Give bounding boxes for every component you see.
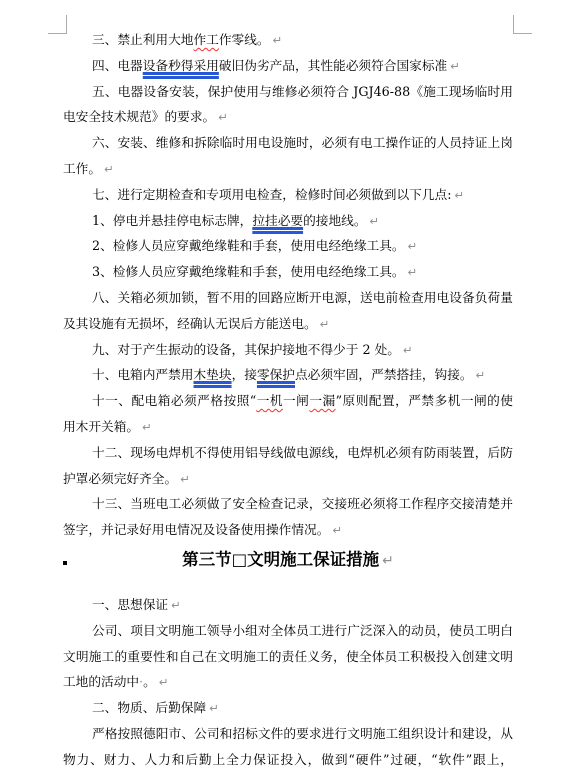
text-run: 二、物质、后勤保障 <box>92 700 206 715</box>
text-run: 电安全技术规范》的要求。 <box>63 109 215 124</box>
paragraph-line: 七、进行定期检查和专项用电检查，检修时间必须做到以下几点:↵ <box>63 182 513 208</box>
paragraph-line: 物力、财力、人力和后勤上全力保证投入，做到“硬件”过硬，“软件”跟上， <box>63 747 513 773</box>
paragraph-mark-icon: ↵ <box>218 110 228 124</box>
paragraph-mark-icon: ↵ <box>408 239 418 253</box>
paragraph-mark-icon: ↵ <box>403 343 413 357</box>
paragraph-line: 签字，并记录好用电情况及设备使用操作情况。↵ <box>63 517 513 543</box>
text-run: 十三、当班电工必须做了安全检查记录，交接班必须将工作程序交接清楚并 <box>92 496 513 511</box>
text-run: 十二、现场电焊机不得使用铝导线做电源线，电焊机必须有防雨装置，后防 <box>92 445 513 460</box>
text-run: 严格按照德阳市、公司和招标文件的要求进行文明施工组织设计和建设，从 <box>92 726 513 741</box>
text-run: 公司、项目文明施工领导小组对全体员工进行广泛深入的动员，使员工明白 <box>92 623 513 638</box>
text-run: 签字，并记录好用电情况及设备使用操作情况。 <box>63 522 329 537</box>
paragraph-line: 3、检修人员应穿戴绝缘鞋和手套，使用电经绝缘工具。↵ <box>63 259 513 285</box>
paragraph-line: 2、检修人员应穿戴绝缘鞋和手套，使用电经绝缘工具。↵ <box>63 233 513 259</box>
paragraph-line: 三、禁止利用大地作工作零线。↵ <box>63 27 513 53</box>
text-run: 作零线。 <box>219 32 270 47</box>
text-run: 破旧伪劣产品，其性能必须符合国家标准 <box>219 58 447 73</box>
section-heading-text: 第三节□文明施工保证措施 <box>182 550 379 569</box>
paragraph-mark-icon: ↵ <box>320 317 330 331</box>
text-run: 3、检修人员应穿戴绝缘鞋和手套，使用电经绝缘工具。 <box>92 264 405 279</box>
text-run: 及其设施有无损坏，经确认无误后方能送电。 <box>63 316 317 331</box>
paragraph-mark-icon: ↵ <box>408 265 418 279</box>
text-run: 六、安装、维修和拆除临时用电设施时，必须有电工操作证的人员持证上岗 <box>92 135 513 150</box>
paragraph-mark-icon: ↵ <box>273 33 283 47</box>
format-change-underline: 拉挂必要 <box>252 213 303 228</box>
text-run: 五、电器设备安装，保护使用与维修必须符合 JGJ46-88《施工现场临时用 <box>92 84 513 99</box>
paragraph-mark-icon: ↵ <box>476 368 486 382</box>
text-run: 的接地线。 <box>303 213 366 228</box>
paragraph-line: 电安全技术规范》的要求。↵ <box>63 104 513 130</box>
paragraph-mark-icon: ↵ <box>450 59 460 73</box>
paragraph-line: 十二、现场电焊机不得使用铝导线做电源线，电焊机必须有防雨装置，后防 <box>63 440 513 466</box>
text-run: 十一、配电箱必须严格按照“ <box>92 393 256 408</box>
text-run: 七、进行定期检查和专项用电检查，检修时间必须做到以下几点: <box>92 187 452 202</box>
paragraph-line: 护罩必须完好齐全。↵ <box>63 466 513 492</box>
spellcheck-squiggle: 一漏 <box>309 393 335 408</box>
text-run: 四、电器 <box>92 58 143 73</box>
section-heading: 第三节□文明施工保证措施↵ <box>63 543 513 577</box>
paragraph-line: 公司、项目文明施工领导小组对全体员工进行广泛深入的动员，使员工明白 <box>63 618 513 644</box>
text-run: 工作。 <box>63 161 101 176</box>
spellcheck-squiggle: 作工 <box>194 32 219 47</box>
paragraph-line: 用木开关箱。↵ <box>63 414 513 440</box>
paragraph-line: 八、关箱必须加锁，暂不用的回路应断开电源，送电前检查用电设备负荷量 <box>63 285 513 311</box>
text-run: ，接 <box>232 367 257 382</box>
text-run: ”原则配置，严禁多机一闸的使 <box>336 393 513 408</box>
paragraph-line: 严格按照德阳市、公司和招标文件的要求进行文明施工组织设计和建设，从 <box>63 721 513 747</box>
text-run: 一、思想保证 <box>92 597 168 612</box>
text-run: 点必须牢固，严禁搭挂，钩接。 <box>295 367 473 382</box>
paragraph-mark-icon: ↵ <box>209 701 219 715</box>
paragraph-line: 十一、配电箱必须严格按照“一机一闸一漏”原则配置，严禁多机一闸的使 <box>63 388 513 414</box>
text-run: 用木开关箱。 <box>63 419 139 434</box>
paragraph-line: 及其设施有无损坏，经确认无误后方能送电。↵ <box>63 311 513 337</box>
paragraph-line: 工作。↵ <box>63 156 513 182</box>
text-run: 物力、财力、人力和后勤上全力保证投入，做到“硬件”过硬，“软件”跟上， <box>63 752 513 767</box>
paragraph-line: 文明施工的重要性和自己在文明施工的责任义务，使全体员工积极投入创建文明 <box>63 644 513 670</box>
document-page: 三、禁止利用大地作工作零线。↵四、电器设备秒得采用破旧伪劣产品，其性能必须符合国… <box>0 0 576 776</box>
paragraph-line: 十、电箱内严禁用木垫块，接零保护点必须牢固，严禁搭挂，钩接。↵ <box>63 362 513 388</box>
paragraph-line: 1、停电并悬挂停电标志牌，拉挂必要的接地线。↵ <box>63 208 513 234</box>
text-run: 1、停电并悬挂停电标志牌， <box>92 213 252 228</box>
text-run: 九、对于产生振动的设备，其保护接地不得少于 2 处。 <box>92 342 400 357</box>
text-run: 一闸 <box>283 393 309 408</box>
paragraph-mark-icon: ↵ <box>104 162 114 176</box>
paragraph-mark-icon: ↵ <box>142 420 152 434</box>
page-margin-crop-mark-top-right <box>513 15 532 34</box>
paragraph-mark-icon: ↵ <box>370 214 380 228</box>
paragraph-line: 五、电器设备安装，保护使用与维修必须符合 JGJ46-88《施工现场临时用 <box>63 79 513 105</box>
text-run: 三、禁止利用大地 <box>92 32 194 47</box>
text-run: 护罩必须完好齐全。 <box>63 471 177 486</box>
text-run: 十、电箱内严禁用 <box>92 367 194 382</box>
paragraph-mark-icon: ↵ <box>332 523 342 537</box>
paragraph-mark-icon: ↵ <box>159 675 169 689</box>
text-run: 。 <box>143 674 156 689</box>
paragraph-line: 四、电器设备秒得采用破旧伪劣产品，其性能必须符合国家标准↵ <box>63 53 513 79</box>
paragraph-mark-icon: ↵ <box>382 553 394 569</box>
paragraph-line: 九、对于产生振动的设备，其保护接地不得少于 2 处。↵ <box>63 337 513 363</box>
text-run: 工地的活动中 <box>63 674 139 689</box>
spellcheck-squiggle: 一机 <box>256 393 283 408</box>
text-run: 2、检修人员应穿戴绝缘鞋和手套，使用电经绝缘工具。 <box>92 238 405 253</box>
format-change-underline: 设备秒得采用 <box>143 58 219 73</box>
paragraph-line: 一、思想保证↵ <box>63 592 513 618</box>
text-run: 八、关箱必须加锁，暂不用的回路应断开电源，送电前检查用电设备负荷量 <box>92 290 513 305</box>
paragraph-mark-icon: ↵ <box>180 472 190 486</box>
paragraph-line: 工地的活动中·。↵ <box>63 669 513 695</box>
doc-canvas[interactable]: 三、禁止利用大地作工作零线。↵四、电器设备秒得采用破旧伪劣产品，其性能必须符合国… <box>63 0 513 773</box>
format-change-underline: 木垫块 <box>194 367 232 382</box>
format-change-underline: 零保护 <box>257 367 295 382</box>
paragraph-line: 二、物质、后勤保障↵ <box>63 695 513 721</box>
paragraph-line: 十三、当班电工必须做了安全检查记录，交接班必须将工作程序交接清楚并 <box>63 491 513 517</box>
paragraph-mark-icon: ↵ <box>171 598 181 612</box>
paragraph-mark-icon: ↵ <box>455 188 465 202</box>
paragraph-line: 六、安装、维修和拆除临时用电设施时，必须有电工操作证的人员持证上岗 <box>63 130 513 156</box>
text-run: 文明施工的重要性和自己在文明施工的责任义务，使全体员工积极投入创建文明 <box>63 649 513 664</box>
